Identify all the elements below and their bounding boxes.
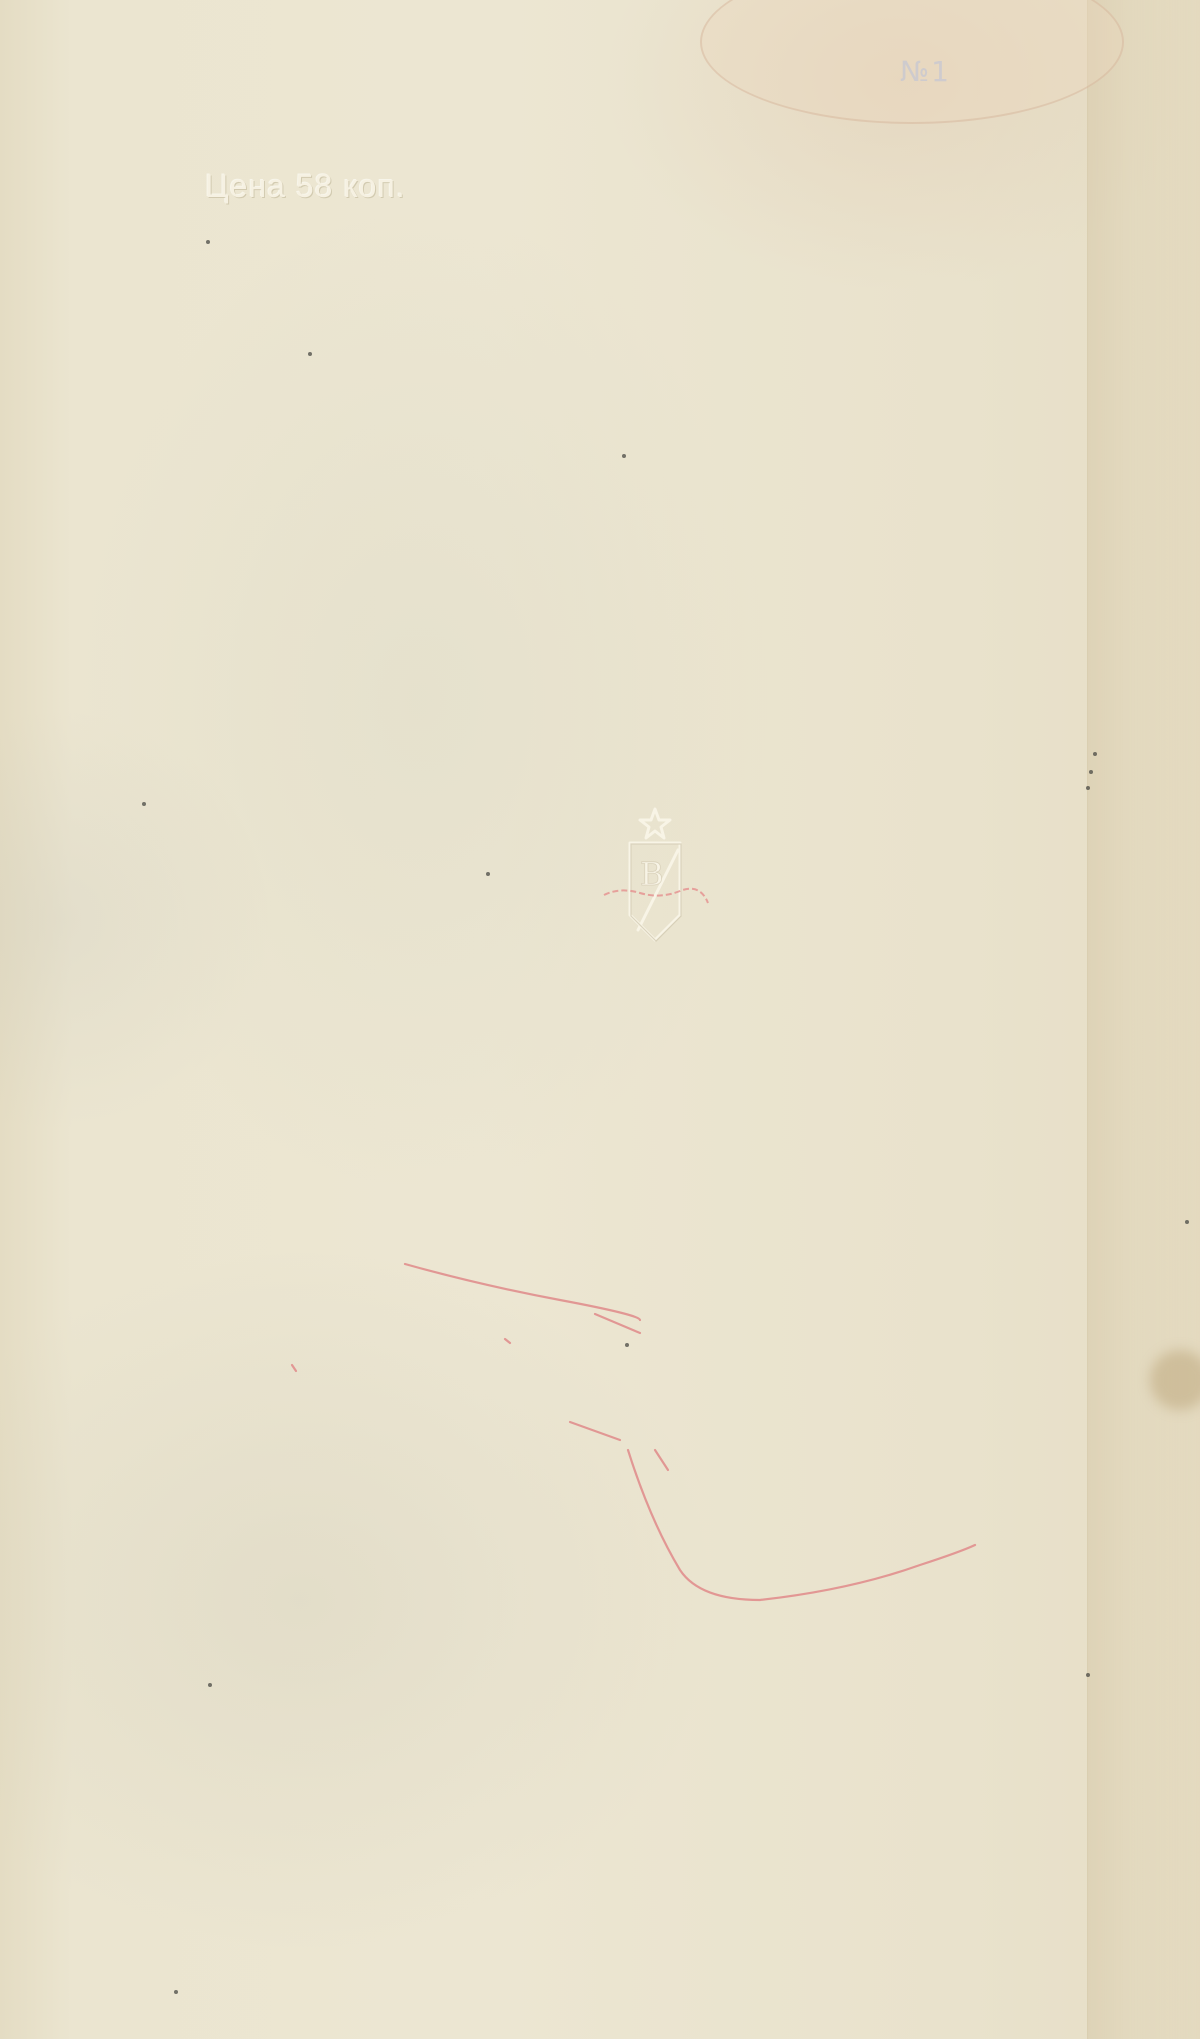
publisher-emblem-icon: В <box>600 805 710 950</box>
paper-speck <box>1086 786 1090 790</box>
paper-speck <box>622 454 626 458</box>
paper-speck <box>1093 752 1097 756</box>
paper-speck <box>625 1343 629 1347</box>
paper-speck <box>1086 1673 1090 1677</box>
paper-speck <box>208 1683 212 1687</box>
paper-speck <box>486 872 490 876</box>
paper-speck <box>1185 1220 1189 1224</box>
paper-speck <box>1089 770 1093 774</box>
paper-speck <box>308 352 312 356</box>
book-spine <box>1087 0 1200 2039</box>
paper-speck <box>206 240 210 244</box>
price-label: Цена 58 коп. <box>205 168 406 205</box>
svg-text:В: В <box>640 855 664 893</box>
paper-speck <box>174 1990 178 1994</box>
red-pencil-marks <box>0 0 1200 2039</box>
paper-speck <box>142 802 146 806</box>
back-cover: №1 Цена 58 коп. В <box>0 0 1200 2039</box>
faint-pencil-mark: №1 <box>900 55 951 88</box>
